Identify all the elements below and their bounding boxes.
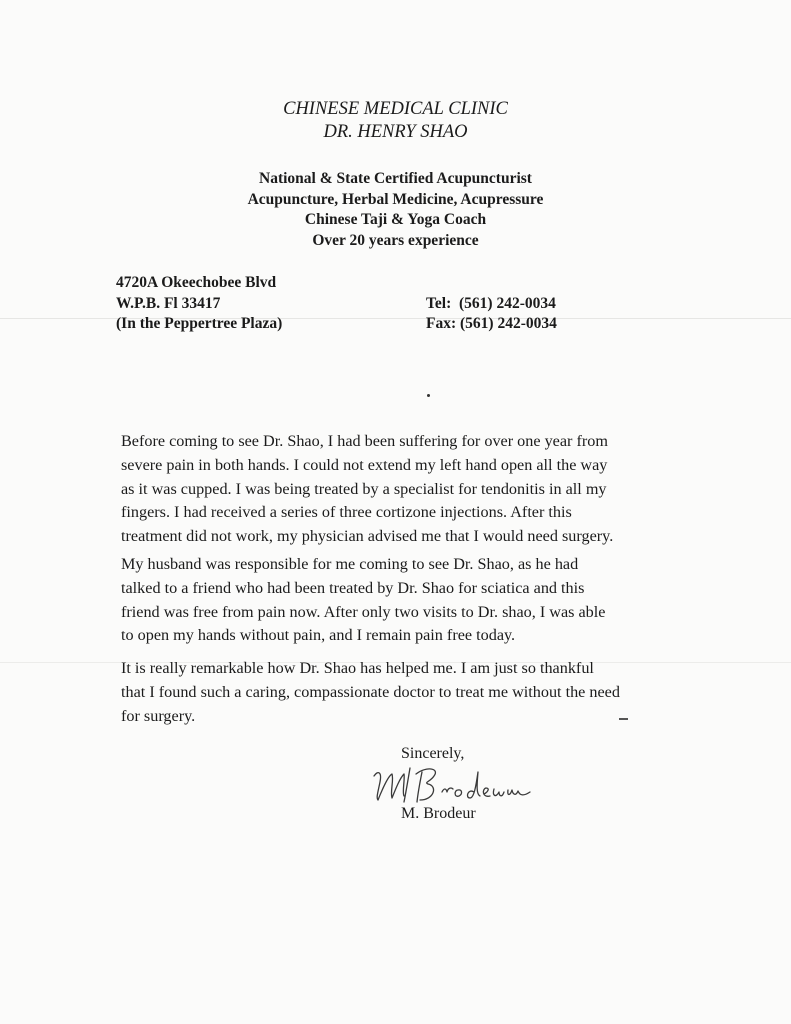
- fax-number: Fax: (561) 242-0034: [426, 314, 557, 335]
- address-location-note: (In the Peppertree Plaza): [116, 314, 282, 335]
- credential-line: National & State Certified Acupuncturist: [0, 169, 791, 190]
- paragraph-line: friend was free from pain now. After onl…: [121, 601, 721, 625]
- signer-name: M. Brodeur: [401, 804, 476, 824]
- paragraph-line: treatment did not work, my physician adv…: [121, 525, 721, 549]
- credential-line: Over 20 years experience: [0, 231, 791, 252]
- body-paragraph-1: Before coming to see Dr. Shao, I had bee…: [121, 430, 721, 549]
- closing-salutation: Sincerely,: [401, 744, 464, 764]
- address-street: 4720A Okeechobee Blvd: [116, 273, 276, 294]
- credential-line: Chinese Taji & Yoga Coach: [0, 210, 791, 231]
- paragraph-line: It is really remarkable how Dr. Shao has…: [121, 657, 721, 681]
- paragraph-line: as it was cupped. I was being treated by…: [121, 478, 721, 502]
- paragraph-line: for surgery.: [121, 705, 721, 729]
- letter-page: CHINESE MEDICAL CLINIC DR. HENRY SHAO Na…: [0, 0, 791, 1024]
- stray-mark: [427, 394, 430, 397]
- body-paragraph-3: It is really remarkable how Dr. Shao has…: [121, 657, 721, 728]
- paragraph-line: Before coming to see Dr. Shao, I had bee…: [121, 430, 721, 454]
- stray-mark: [619, 718, 628, 720]
- paragraph-line: fingers. I had received a series of thre…: [121, 501, 721, 525]
- telephone-number: Tel: (561) 242-0034: [426, 294, 556, 315]
- address-city: W.P.B. Fl 33417: [116, 294, 220, 315]
- body-paragraph-2: My husband was responsible for me coming…: [121, 553, 721, 648]
- paragraph-line: that I found such a caring, compassionat…: [121, 681, 721, 705]
- paragraph-line: to open my hands without pain, and I rem…: [121, 624, 721, 648]
- paragraph-line: talked to a friend who had been treated …: [121, 577, 721, 601]
- clinic-name: CHINESE MEDICAL CLINIC: [0, 98, 791, 121]
- paragraph-line: My husband was responsible for me coming…: [121, 553, 721, 577]
- credential-line: Acupuncture, Herbal Medicine, Acupressur…: [0, 190, 791, 211]
- paragraph-line: severe pain in both hands. I could not e…: [121, 454, 721, 478]
- doctor-name: DR. HENRY SHAO: [0, 121, 791, 144]
